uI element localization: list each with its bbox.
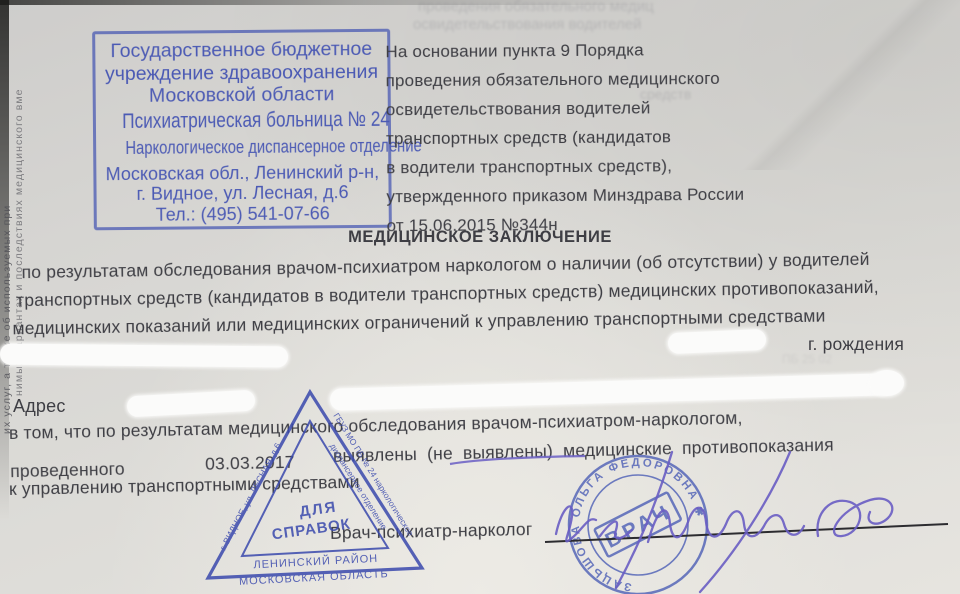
pen-underline [450, 456, 585, 464]
signature-stroke [600, 521, 632, 538]
signature-stroke [700, 452, 790, 592]
signature [556, 452, 892, 592]
signature-stroke [556, 506, 596, 541]
signature-stroke [817, 499, 892, 537]
scanned-document: их услуг, а также об используемых при ни… [0, 0, 960, 594]
signature-stroke [616, 452, 672, 588]
ink-layer [0, 0, 960, 594]
